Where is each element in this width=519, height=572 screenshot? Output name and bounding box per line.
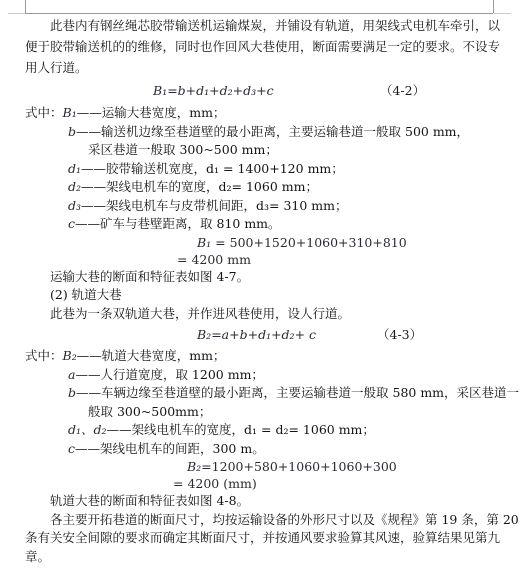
document-page: 此巷内有钢丝绳芯胶带输送机运输煤炭，并铺设有轨道，用架线式电机车牵引，以 便于胶… xyxy=(0,0,519,572)
def-term-d3: d₃ xyxy=(68,198,81,213)
def-text-b2: ——车辆边缘至巷道壁的最小距离，主要运输巷道一般取 580 mm，采区巷道一 xyxy=(76,385,519,400)
paragraph-intro: 此巷内有钢丝绳芯胶带输送机运输煤炭，并铺设有轨道，用架线式电机车牵引，以 便于胶… xyxy=(25,15,493,78)
paragraph-closing-line-1: 各主要开拓巷道的断面尺寸，均按运输设备的外形尺寸以及《规程》第 19 条，第 2… xyxy=(25,511,493,530)
def-d2-loco-width: d₂——架线电机车的宽度，d₂= 1060 mm； xyxy=(68,178,493,197)
text-area: 此巷内有钢丝绳芯胶带输送机运输煤炭，并铺设有轨道，用架线式电机车牵引，以 便于胶… xyxy=(25,15,493,566)
margin-boundary-left-tick xyxy=(25,0,26,13)
def-text-a: ——人行道宽度，取 1200 mm； xyxy=(75,367,263,382)
def-text-B2: ——轨道大巷宽度，mm； xyxy=(77,348,226,363)
def-b-clearance-cont: 采区巷道一般取 300~500 mm； xyxy=(88,141,493,160)
def-text-b: ——输送机边缘至巷道壁的最小距离，主要运输巷道一般取 500 mm， xyxy=(76,124,469,139)
def-a-walkway: a——人行道宽度，取 1200 mm； xyxy=(68,366,493,385)
calculation-b2: B₂=1200+580+1060+1060+300 = 4200 (mm) xyxy=(25,458,493,492)
def-text-d1-d2: ——架线电机车的宽度，d₁ = d₂= 1060 mm； xyxy=(107,422,375,437)
calc-b1-var: B₁ xyxy=(197,235,211,250)
paragraph-intro-line-2: 便于胶带输送机的的维修，同时也作回风大巷使用，断面需要满足一定的要求。不设专 xyxy=(25,36,493,57)
def-term-b: b xyxy=(68,124,76,139)
def-prefix-2: 式中： xyxy=(25,348,63,363)
paragraph-closing: 各主要开拓巷道的断面尺寸，均按运输设备的外形尺寸以及《规程》第 19 条，第 2… xyxy=(25,511,493,567)
def-term-d1: d₁ xyxy=(68,161,81,176)
def-d1-d2-loco-width: d₁、d₂——架线电机车的宽度，d₁ = d₂= 1060 mm； xyxy=(68,421,493,440)
margin-crop-mark-left xyxy=(8,13,25,14)
def-term-d1-d2: d₁、d₂ xyxy=(68,422,107,437)
def-b2-width: 式中：B₂——轨道大巷宽度，mm； xyxy=(25,347,493,366)
paragraph-closing-line-2: 条有关安全间隙的要求而确定其断面尺寸，并按通风要求验算其风速，验算结果见第九 xyxy=(25,529,493,548)
definition-list-b2: 式中：B₂——轨道大巷宽度，mm； a——人行道宽度，取 1200 mm； b—… xyxy=(25,347,493,458)
def-d1-belt-width: d₁——胶带输送机宽度，d₁ = 1400+120 mm； xyxy=(68,160,493,179)
def-c-cart-distance: c——矿车与巷壁距离，取 810 mm。 xyxy=(68,215,493,234)
def-b1-width: 式中：B₁——运输大巷宽度，mm； xyxy=(25,104,493,123)
def-text-c: ——矿车与巷壁距离，取 810 mm。 xyxy=(75,216,281,231)
paragraph-track-roadway-intro: 此巷为一条双轨道大巷，并作进风巷使用，设人行道。 xyxy=(25,305,493,324)
def-term-c2: c xyxy=(68,441,75,456)
def-term-B1: B₁ xyxy=(63,105,77,120)
calc-b2-expression: =1200+580+1060+1060+300 xyxy=(201,459,397,474)
def-text-c2: ——架线电机车的间距，300 m。 xyxy=(75,441,265,456)
def-b2-clearance: b——车辆边缘至巷道壁的最小距离，主要运输巷道一般取 580 mm，采区巷道一 xyxy=(68,384,493,403)
margin-boundary-top-line xyxy=(25,13,493,14)
equation-4-3-formula: B₂=a+b+d₁+d₂+ c xyxy=(197,327,316,342)
equation-4-2: B₁=b+d₁+d₂+d₃+c （4-2） xyxy=(25,78,493,104)
def-text-B1: ——运输大巷宽度，mm； xyxy=(77,105,226,120)
paragraph-intro-line-3: 用人行道。 xyxy=(25,57,493,78)
definition-list-b1: 式中：B₁——运输大巷宽度，mm； b——输送机边缘至巷道壁的最小距离，主要运输… xyxy=(25,104,493,234)
paragraph-closing-line-3: 章。 xyxy=(25,548,493,567)
def-b-clearance: b——输送机边缘至巷道壁的最小距离，主要运输巷道一般取 500 mm， xyxy=(68,123,493,142)
calc-b2-line-2: = 4200 (mm) xyxy=(25,475,493,492)
paragraph-figure-4-7: 运输大巷的断面和特征表如图 4-7。 xyxy=(25,268,493,287)
calc-b1-line-2: = 4200 mm xyxy=(25,251,493,268)
def-term-b2: b xyxy=(68,385,76,400)
def-term-d2: d₂ xyxy=(68,179,81,194)
def-term-B2: B₂ xyxy=(63,348,77,363)
def-term-c: c xyxy=(68,216,75,231)
def-c2-loco-spacing: c——架线电机车的间距，300 m。 xyxy=(68,440,493,459)
def-b2-clearance-cont: 般取 300~500mm； xyxy=(88,403,493,422)
equation-4-3-number: （4-3） xyxy=(377,323,422,347)
def-d3-gap: d₃——架线电机车与皮带机间距，d₃= 310 mm； xyxy=(68,197,493,216)
equation-4-3: B₂=a+b+d₁+d₂+ c （4-3） xyxy=(25,323,493,347)
def-prefix: 式中： xyxy=(25,105,63,120)
calc-b1-line-1: B₁ = 500+1520+1060+310+810 xyxy=(25,234,493,251)
paragraph-figure-4-8: 轨道大巷的断面和特征表如图 4-8。 xyxy=(25,492,493,511)
margin-boundary-right-tick xyxy=(493,0,494,13)
calc-b2-var: B₂ xyxy=(187,459,201,474)
paragraph-intro-line-1: 此巷内有钢丝绳芯胶带输送机运输煤炭，并铺设有轨道，用架线式电机车牵引，以 xyxy=(25,15,493,36)
calc-b1-expression: = 500+1520+1060+310+810 xyxy=(211,235,407,250)
equation-4-2-formula: B₁=b+d₁+d₂+d₃+c xyxy=(153,83,274,98)
def-text-d3: ——架线电机车与皮带机间距，d₃= 310 mm； xyxy=(81,198,348,213)
def-text-d2: ——架线电机车的宽度，d₂= 1060 mm； xyxy=(81,179,318,194)
calculation-b1: B₁ = 500+1520+1060+310+810 = 4200 mm xyxy=(25,234,493,268)
calc-b2-line-1: B₂=1200+580+1060+1060+300 xyxy=(25,458,493,475)
heading-track-roadway: (2) 轨道大巷 xyxy=(25,286,493,305)
def-text-d1: ——胶带输送机宽度，d₁ = 1400+120 mm； xyxy=(81,161,344,176)
margin-crop-mark-right xyxy=(494,13,511,14)
equation-4-2-number: （4-2） xyxy=(380,78,425,104)
